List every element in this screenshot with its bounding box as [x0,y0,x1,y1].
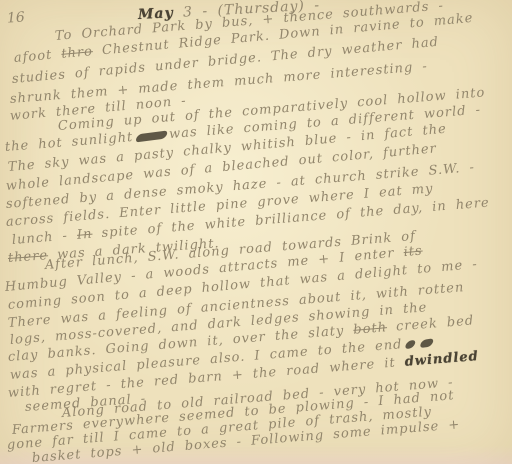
handwritten-text: afoot [13,47,62,66]
handwritten-text: lunch - [11,228,77,248]
struck-out-text: both [353,320,388,338]
journal-page: 16 May 3 - (Thursday) -To Orchard Park b… [0,0,512,464]
handwritten-text: dwindled [404,349,479,370]
scribbled-out-word [134,130,168,142]
struck-out-text: In [76,227,93,243]
scribbled-out-word [404,340,416,349]
page-number: 16 [6,9,25,26]
struck-out-text: thro [61,44,94,62]
struck-out-text: there [7,248,48,266]
struck-out-text: its [403,243,423,260]
scribbled-out-word [419,338,434,348]
